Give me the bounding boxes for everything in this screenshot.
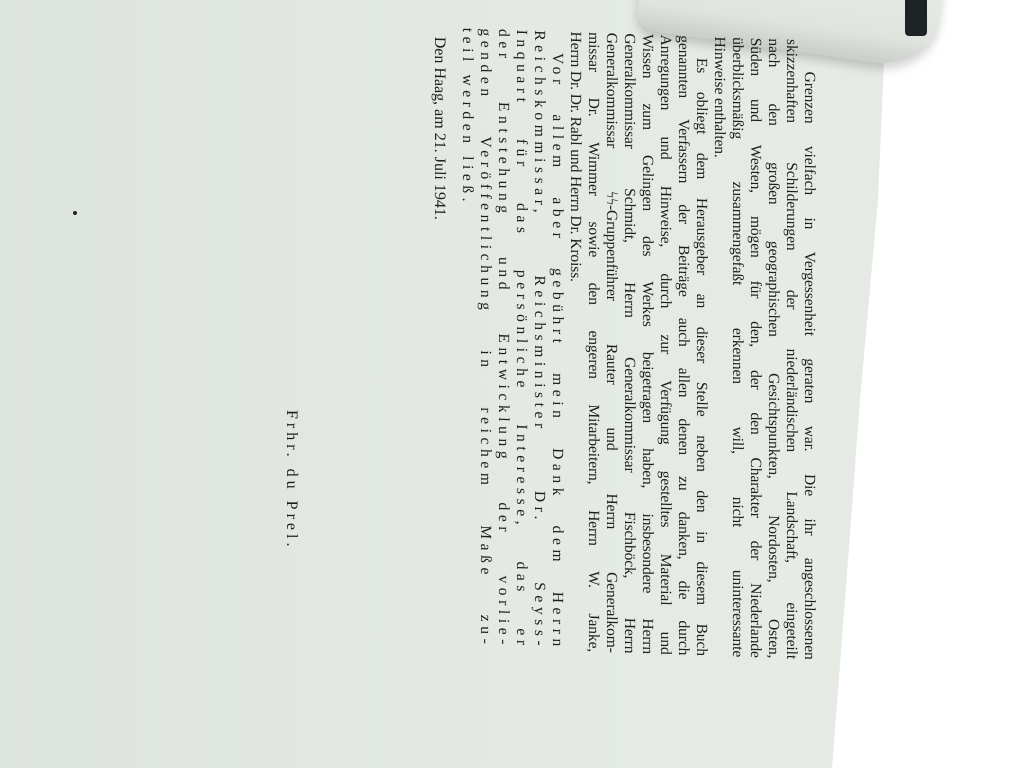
text-line: Süden und Westen, mögen für den, der den…	[746, 37, 764, 658]
date-line: Den Haag, am 21. Juli 1941.	[428, 26, 450, 647]
text-line: Grenzen vielfach in Vergessenheit gerate…	[800, 39, 818, 660]
text-line: Herrn Dr. Dr. Rabl und Herrn Dr. Kroiss.	[566, 31, 584, 652]
text-line: Generalkommissar Schmidt, Herrn Generalk…	[620, 33, 638, 654]
text-line: teil werden ließ.	[458, 27, 476, 648]
page-text: Grenzen vielfach in Vergessenheit gerate…	[428, 26, 818, 660]
text-line: Hinweise enthalten.	[710, 36, 728, 657]
text-line: Es obliegt dem Herausgeber an dieser Ste…	[692, 36, 710, 657]
signature: Frhr. du Prel.	[282, 410, 300, 550]
text-line: missar Dr. Wimmer sowie den engeren Mita…	[584, 32, 602, 653]
text-line: der Entstehung und Entwicklung der vorli…	[494, 29, 512, 650]
paragraph-1: Grenzen vielfach in Vergessenheit gerate…	[710, 36, 818, 660]
text-line: Inquart für das persönliche Interesse, d…	[512, 29, 530, 650]
text-line: Anregungen und Hinweise, durch zur Verfü…	[656, 34, 674, 655]
text-line: genannten Verfassern der Beiträge auch a…	[674, 35, 692, 656]
paragraph-3: Vor allem aber gebührt mein Dank dem Her…	[458, 27, 566, 651]
text-line: nach den großen geographischen Gesichtsp…	[764, 38, 782, 659]
book-cover-edge	[905, 0, 927, 36]
text-line: Vor allem aber gebührt mein Dank dem Her…	[548, 31, 566, 652]
text-line: Wissen zum Gelingen des Werkes beigetrag…	[638, 34, 656, 655]
text-line: überblicksmäßig zusammengefaßt erkennen …	[728, 37, 746, 658]
text-line: Reichskommissar, Reichsminister Dr. Seys…	[530, 30, 548, 651]
text-line: genden Veröffentlichung in reichem Maße …	[476, 28, 494, 649]
paper-speck	[73, 211, 77, 215]
text-line: Generalkommissar ϟϟ-Gruppenführer Rauter…	[602, 32, 620, 653]
text-line: skizzenhaften Schilderungen der niederlä…	[782, 39, 800, 660]
paragraph-2: Es obliegt dem Herausgeber an dieser Ste…	[566, 31, 710, 656]
